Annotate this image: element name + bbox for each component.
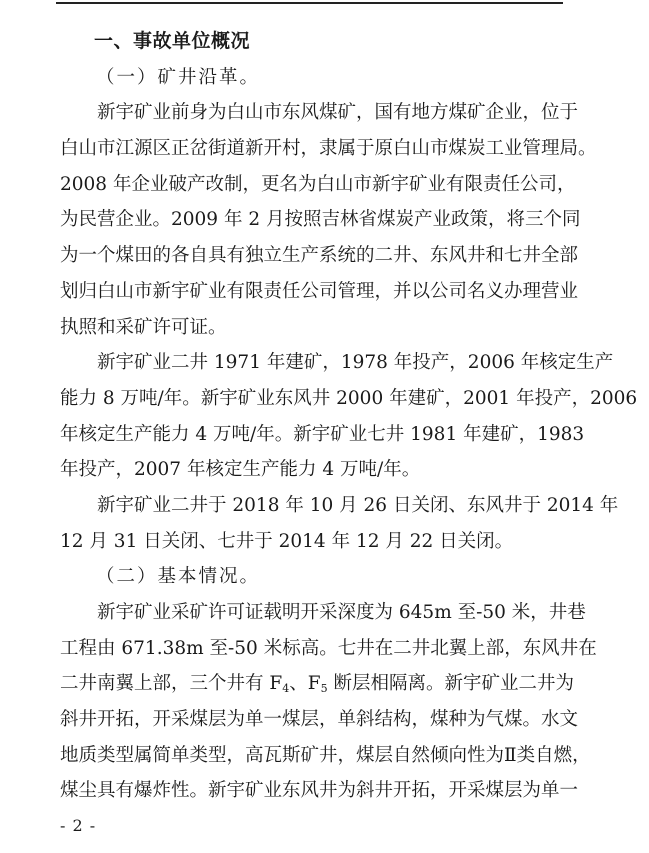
paragraph-history-1: 新宇矿业前身为白山市东风煤矿，国有地方煤矿企业，位于 白山市江源区正岔街道新开村… bbox=[60, 95, 564, 345]
subscript: 5 bbox=[321, 682, 328, 695]
paragraph-history-2: 新宇矿业二井 1971 年建矿，1978 年投产，2006 年核定生产 能力 8… bbox=[60, 345, 564, 488]
text-line: 新宇矿业前身为白山市东风煤矿，国有地方煤矿企业，位于 bbox=[60, 95, 564, 131]
text-line: 年投产，2007 年核定生产能力 4 万吨/年。 bbox=[60, 452, 564, 488]
text-line: 划归白山市新宇矿业有限责任公司管理，并以公司名义办理营业 bbox=[60, 274, 564, 310]
section-heading: 一、事故单位概况 bbox=[60, 24, 564, 60]
text-line: 年核定生产能力 4 万吨/年。新宇矿业七井 1981 年建矿，1983 bbox=[60, 417, 564, 453]
text-line: 地质类型属简单类型，高瓦斯矿井，煤层自然倾向性为Ⅱ类自燃， bbox=[60, 738, 564, 774]
paragraph-basic-info: 新宇矿业采矿许可证载明开采深度为 645m 至-50 米，井巷 工程由 671.… bbox=[60, 595, 564, 809]
page-number: - 2 - bbox=[60, 815, 96, 837]
subsection-heading-basic-info: （二）基本情况。 bbox=[60, 559, 564, 595]
text-line: 为一个煤田的各自具有独立生产系统的二井、东风井和七井全部 bbox=[60, 238, 564, 274]
text-line: 工程由 671.38m 至-50 米标高。七井在二井北翼上部，东风井在 bbox=[60, 631, 564, 667]
document-page: 一、事故单位概况 （一）矿井沿革。 新宇矿业前身为白山市东风煤矿，国有地方煤矿企… bbox=[60, 24, 564, 809]
text-fragment: 二井南翼上部，三个井有 F bbox=[60, 673, 282, 694]
text-line: 新宇矿业采矿许可证载明开采深度为 645m 至-50 米，井巷 bbox=[60, 595, 564, 631]
text-line: 新宇矿业二井于 2018 年 10 月 26 日关闭、东风井于 2014 年 bbox=[60, 488, 564, 524]
text-fragment: 断层相隔离。新宇矿业二井为 bbox=[328, 673, 574, 694]
text-line: 执照和采矿许可证。 bbox=[60, 310, 564, 346]
text-line: 新宇矿业二井 1971 年建矿，1978 年投产，2006 年核定生产 bbox=[60, 345, 564, 381]
text-line: 白山市江源区正岔街道新开村，隶属于原白山市煤炭工业管理局。 bbox=[60, 131, 564, 167]
paragraph-history-3: 新宇矿业二井于 2018 年 10 月 26 日关闭、东风井于 2014 年 1… bbox=[60, 488, 564, 559]
subsection-heading-history: （一）矿井沿革。 bbox=[60, 60, 564, 96]
text-line: 2008 年企业破产改制，更名为白山市新宇矿业有限责任公司， bbox=[60, 167, 564, 203]
text-line: 煤尘具有爆炸性。新宇矿业东风井为斜井开拓，开采煤层为单一 bbox=[60, 773, 564, 809]
text-line-faults: 二井南翼上部，三个井有 F4、F5 断层相隔离。新宇矿业二井为 bbox=[60, 666, 564, 702]
text-line: 能力 8 万吨/年。新宇矿业东风井 2000 年建矿，2001 年投产，2006 bbox=[60, 381, 564, 417]
text-fragment: 、F bbox=[289, 673, 320, 694]
header-rule bbox=[56, 2, 563, 4]
text-line: 为民营企业。2009 年 2 月按照吉林省煤炭产业政策，将三个同 bbox=[60, 202, 564, 238]
text-line: 12 月 31 日关闭、七井于 2014 年 12 月 22 日关闭。 bbox=[60, 524, 564, 560]
text-line: 斜井开拓，开采煤层为单一煤层，单斜结构，煤种为气煤。水文 bbox=[60, 702, 564, 738]
